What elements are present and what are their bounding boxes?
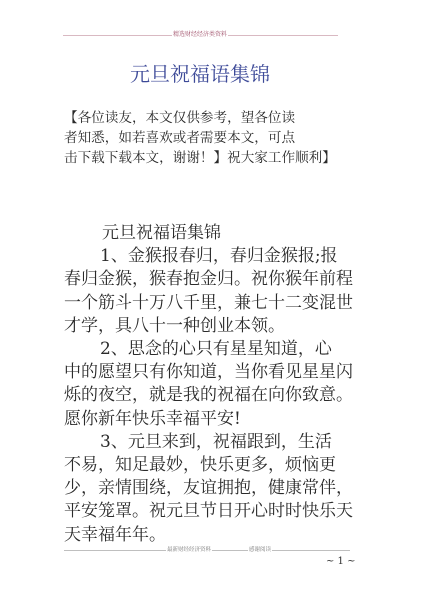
paragraph-line: 才学，具八十一种创业本领。: [64, 315, 364, 338]
paragraph-line: 平安笼罩。祝元旦节日开心时时快乐天: [64, 500, 364, 523]
paragraph-line: 3、元旦来到，祝福跟到，生活: [64, 431, 364, 454]
intro-notice: 【各位读友，本文仅供参考，望各位读 者知悉，如若喜欢或者需要本文，可点 击下载下…: [64, 108, 354, 168]
intro-line: 者知悉，如若喜欢或者需要本文，可点: [64, 128, 354, 148]
paragraph-line: 不易，知足最妙，快乐更多，烦恼更: [64, 454, 364, 477]
page-number: ~ 1 ~: [326, 555, 355, 569]
footer-right-text: 感谢阅读: [248, 545, 272, 555]
paragraph-line: 愿你新年快乐幸福平安!: [64, 408, 364, 431]
paragraph-line: 1、金猴报春归，春归金猴报;报: [64, 245, 364, 268]
intro-line: 【各位读友，本文仅供参考，望各位读: [64, 108, 354, 128]
header-banner-text-wrap: 精选财经经济类资料: [0, 29, 400, 41]
document-body: 元旦祝福语集锦 1、金猴报春归，春归金猴报;报 春归金猴，猴春抱金归。祝你猴年前…: [64, 222, 364, 547]
paragraph-line: 2、思念的心只有星星知道，心: [64, 338, 364, 361]
body-title: 元旦祝福语集锦: [64, 222, 364, 245]
paragraph-line: 天幸福年年。: [64, 524, 364, 547]
paragraph-line: 中的愿望只有你知道，当你看见星星闪: [64, 361, 364, 384]
footer-left-text: 最新财经经济资料: [166, 545, 212, 555]
paragraph-line: 烁的夜空，就是我的祝福在向你致意。: [64, 384, 364, 407]
intro-line: 击下载下载本文，谢谢！】祝大家工作顺利】: [64, 148, 354, 168]
paragraph-line: 春归金猴，猴春抱金归。祝你猴年前程: [64, 268, 364, 291]
document-title: 元旦祝福语集锦: [0, 61, 400, 87]
header-banner-text: 精选财经经济类资料: [172, 31, 228, 38]
paragraph-line: 少，亲情围绕，友谊拥抱，健康常伴，: [64, 477, 364, 500]
paragraph-line: 一个筋斗十万八千里，兼七十二变混世: [64, 292, 364, 315]
